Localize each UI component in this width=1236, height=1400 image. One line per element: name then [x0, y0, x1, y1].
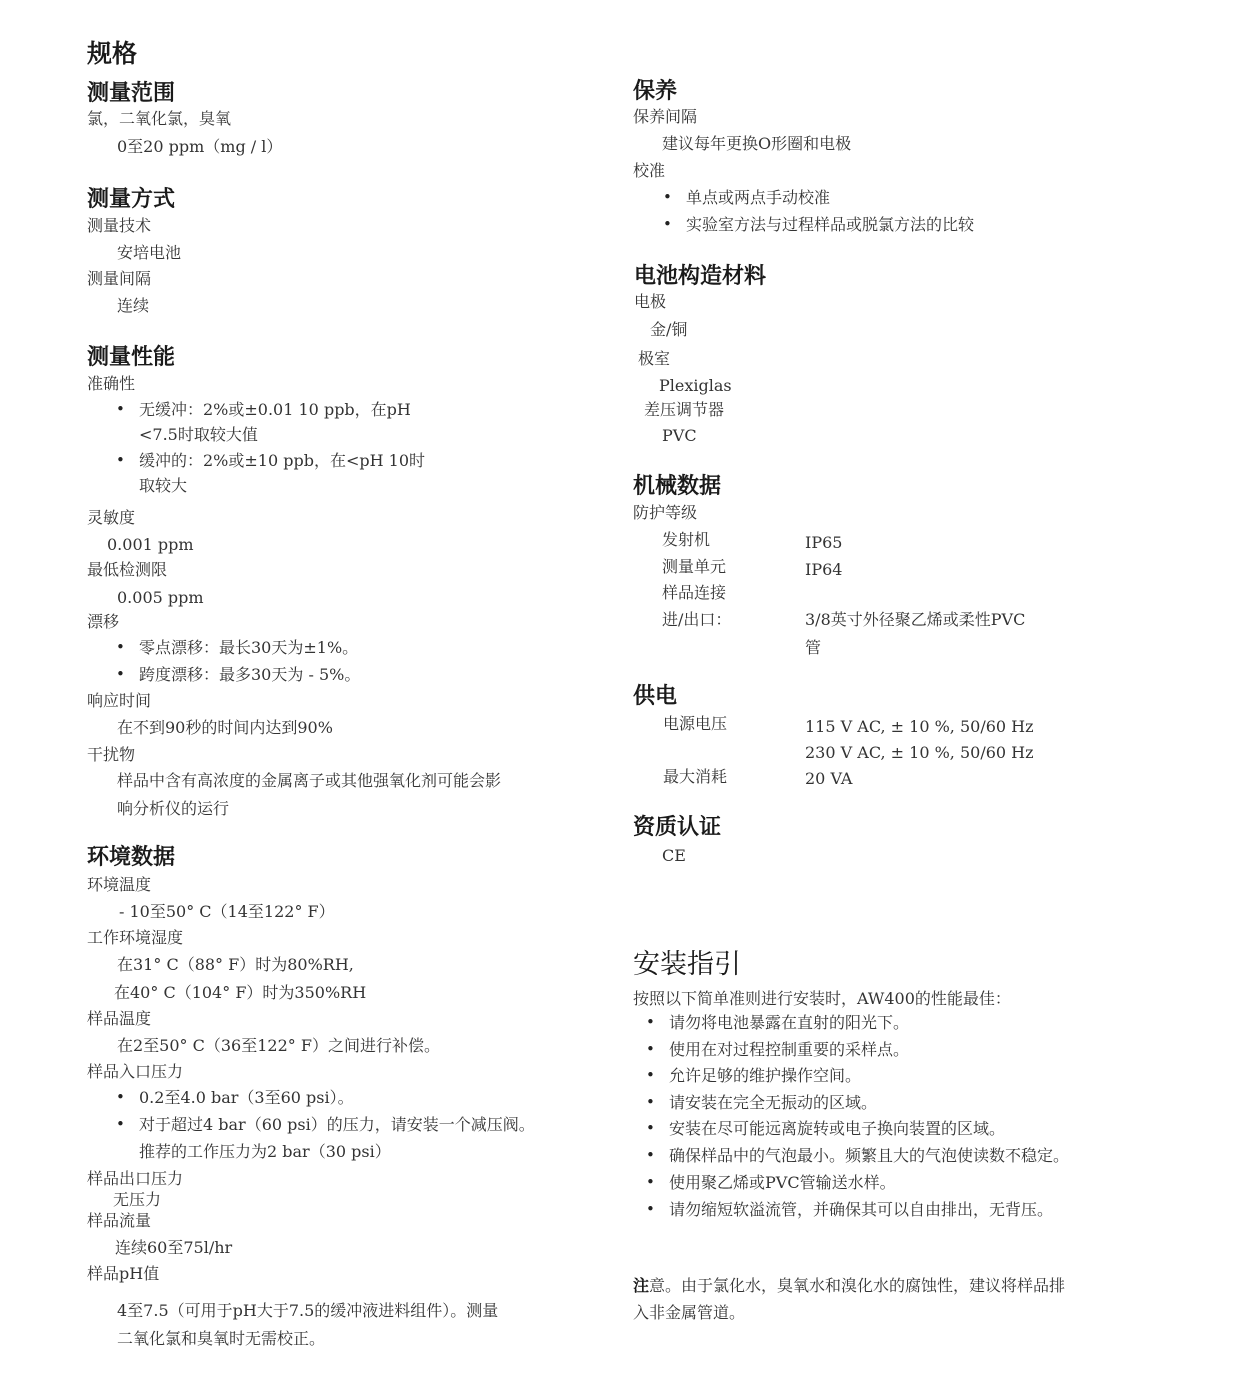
- spec-row-value: 3/8英寸外径聚乙烯或柔性PVC: [805, 612, 1025, 628]
- bullet-item: 零点漂移：最长30天为±1%。: [139, 640, 358, 656]
- spec-label: 响应时间: [87, 693, 151, 709]
- bullet-item: 跨度漂移：最多30天为 - 5%。: [139, 667, 360, 683]
- bullet-continuation: 推荐的工作压力为2 bar（30 psi）: [139, 1144, 391, 1160]
- spec-value: 0至20 ppm（mg / l）: [117, 139, 282, 155]
- spec-label: 样品出口压力: [87, 1171, 183, 1187]
- spec-label: 工作环境湿度: [87, 930, 183, 946]
- spec-row-value: 管: [805, 640, 821, 656]
- spec-row-label: 进/出口：: [662, 612, 731, 628]
- note-line-2: 入非金属管道。: [633, 1305, 745, 1321]
- spec-label: 保养间隔: [633, 109, 697, 125]
- spec-value: - 10至50° C（14至122° F）: [119, 904, 335, 920]
- spec-value: Plexiglas: [659, 378, 732, 394]
- spec-row-value: IP64: [805, 562, 842, 578]
- spec-value: 连续60至75l/hr: [115, 1240, 232, 1256]
- bullet-item: 安装在尽可能远离旋转或电子换向装置的区域。: [669, 1121, 1005, 1137]
- note-text: 意。由于氯化水，臭氧水和溴化水的腐蚀性，建议将样品排: [649, 1276, 1065, 1295]
- spec-value: 4至7.5（可用于pH大于7.5的缓冲液进料组件）。测量: [117, 1303, 498, 1319]
- spec-label: 环境温度: [87, 877, 151, 893]
- spec-value: 安培电池: [117, 245, 181, 261]
- spec-value: 无压力: [113, 1192, 161, 1208]
- section-heading: 测量范围: [87, 83, 175, 105]
- spec-label: 校准: [633, 163, 665, 179]
- bullet-item: 0.2至4.0 bar（3至60 psi）。: [139, 1090, 354, 1106]
- spec-row-value: 115 V AC, ± 10 %, 50/60 Hz: [805, 719, 1034, 735]
- spec-value: 在31° C（88° F）时为80%RH,: [117, 957, 354, 973]
- spec-label: 样品流量: [87, 1213, 151, 1229]
- spec-value: 样品中含有高浓度的金属离子或其他强氧化剂可能会影: [117, 773, 501, 789]
- spec-label: 差压调节器: [644, 402, 724, 418]
- bullet-item: 对于超过4 bar（60 psi）的压力，请安装一个减压阀。: [139, 1117, 535, 1133]
- spec-label: 防护等级: [633, 505, 697, 521]
- bullet-item: 实验室方法与过程样品或脱氯方法的比较: [686, 217, 974, 233]
- section-heading: 环境数据: [87, 847, 175, 869]
- spec-value: 在不到90秒的时间内达到90%: [117, 720, 333, 736]
- spec-row-value: IP65: [805, 535, 842, 551]
- spec-value: 金/铜: [650, 322, 687, 338]
- spec-label: 漂移: [87, 614, 119, 630]
- spec-row-value: 230 V AC, ± 10 %, 50/60 Hz: [805, 745, 1034, 761]
- install-intro: 按照以下简单准则进行安装时，AW400的性能最佳：: [633, 991, 1011, 1007]
- spec-row-label: 测量单元: [662, 559, 726, 575]
- spec-row-label: 样品连接: [662, 585, 726, 601]
- section-heading: 测量方式: [87, 189, 175, 211]
- spec-value: 建议每年更换O形圈和电极: [662, 136, 851, 152]
- bullet-item: 使用在对过程控制重要的采样点。: [669, 1042, 909, 1058]
- section-heading: 资质认证: [633, 817, 721, 839]
- bullet-item: 请安装在完全无振动的区域。: [669, 1095, 877, 1111]
- bullet-item: 单点或两点手动校准: [686, 190, 830, 206]
- spec-value: PVC: [662, 428, 697, 444]
- bullet-item: 确保样品中的气泡最小。频繁且大的气泡使读数不稳定。: [669, 1148, 1069, 1164]
- section-heading: 安装指引: [633, 951, 741, 978]
- spec-value: CE: [662, 848, 686, 864]
- bullet-item: 无缓冲：2%或±0.01 10 ppb，在pH: [139, 402, 411, 418]
- spec-value: 二氧化氯和臭氧时无需校正。: [117, 1331, 325, 1347]
- spec-row-label: 最大消耗: [663, 769, 727, 785]
- note-label: 注: [633, 1276, 649, 1295]
- spec-label: 样品温度: [87, 1011, 151, 1027]
- spec-value: 在2至50° C（36至122° F）之间进行补偿。: [117, 1038, 440, 1054]
- spec-label: 测量间隔: [87, 271, 151, 287]
- spec-row-value: 20 VA: [805, 771, 852, 787]
- section-heading: 电池构造材料: [634, 266, 766, 288]
- spec-label: 最低检测限: [87, 562, 167, 578]
- bullet-item: 允许足够的维护操作空间。: [669, 1068, 861, 1084]
- spec-label: 电极: [634, 294, 666, 310]
- bullet-item: 缓冲的：2%或±10 ppb，在<pH 10时: [139, 453, 425, 469]
- bullet-continuation: 取较大: [139, 478, 187, 494]
- spec-label: 准确性: [87, 376, 135, 392]
- spec-label: 灵敏度: [87, 510, 135, 526]
- spec-label: 样品入口压力: [87, 1064, 183, 1080]
- spec-label: 干扰物: [87, 747, 135, 763]
- spec-label: 测量技术: [87, 218, 151, 234]
- section-heading: 供电: [633, 686, 677, 708]
- bullet-item: 请勿将电池暴露在直射的阳光下。: [669, 1015, 909, 1031]
- section-heading: 机械数据: [633, 476, 721, 498]
- spec-label: 样品pH值: [87, 1266, 159, 1282]
- bullet-continuation: <7.5时取较大值: [139, 427, 258, 443]
- section-heading: 保养: [633, 81, 677, 103]
- spec-value: 0.001 ppm: [107, 537, 194, 553]
- bullet-item: 请勿缩短软溢流管，并确保其可以自由排出，无背压。: [669, 1202, 1053, 1218]
- spec-value: 在40° C（104° F）时为350%RH: [114, 985, 366, 1001]
- spec-value: 0.005 ppm: [117, 590, 204, 606]
- spec-value: 响分析仪的运行: [117, 801, 229, 817]
- section-heading: 测量性能: [87, 347, 175, 369]
- spec-row-label: 电源电压: [663, 716, 727, 732]
- spec-label: 极室: [638, 351, 670, 367]
- spec-value: 连续: [117, 298, 149, 314]
- note-line-1: 注意。由于氯化水，臭氧水和溴化水的腐蚀性，建议将样品排: [633, 1278, 1065, 1294]
- spec-row-label: 发射机: [662, 532, 710, 548]
- bullet-item: 使用聚乙烯或PVC管输送水样。: [669, 1175, 896, 1191]
- spec-label: 氯，二氧化氯，臭氧: [87, 111, 231, 127]
- page-title: 规格: [87, 41, 137, 66]
